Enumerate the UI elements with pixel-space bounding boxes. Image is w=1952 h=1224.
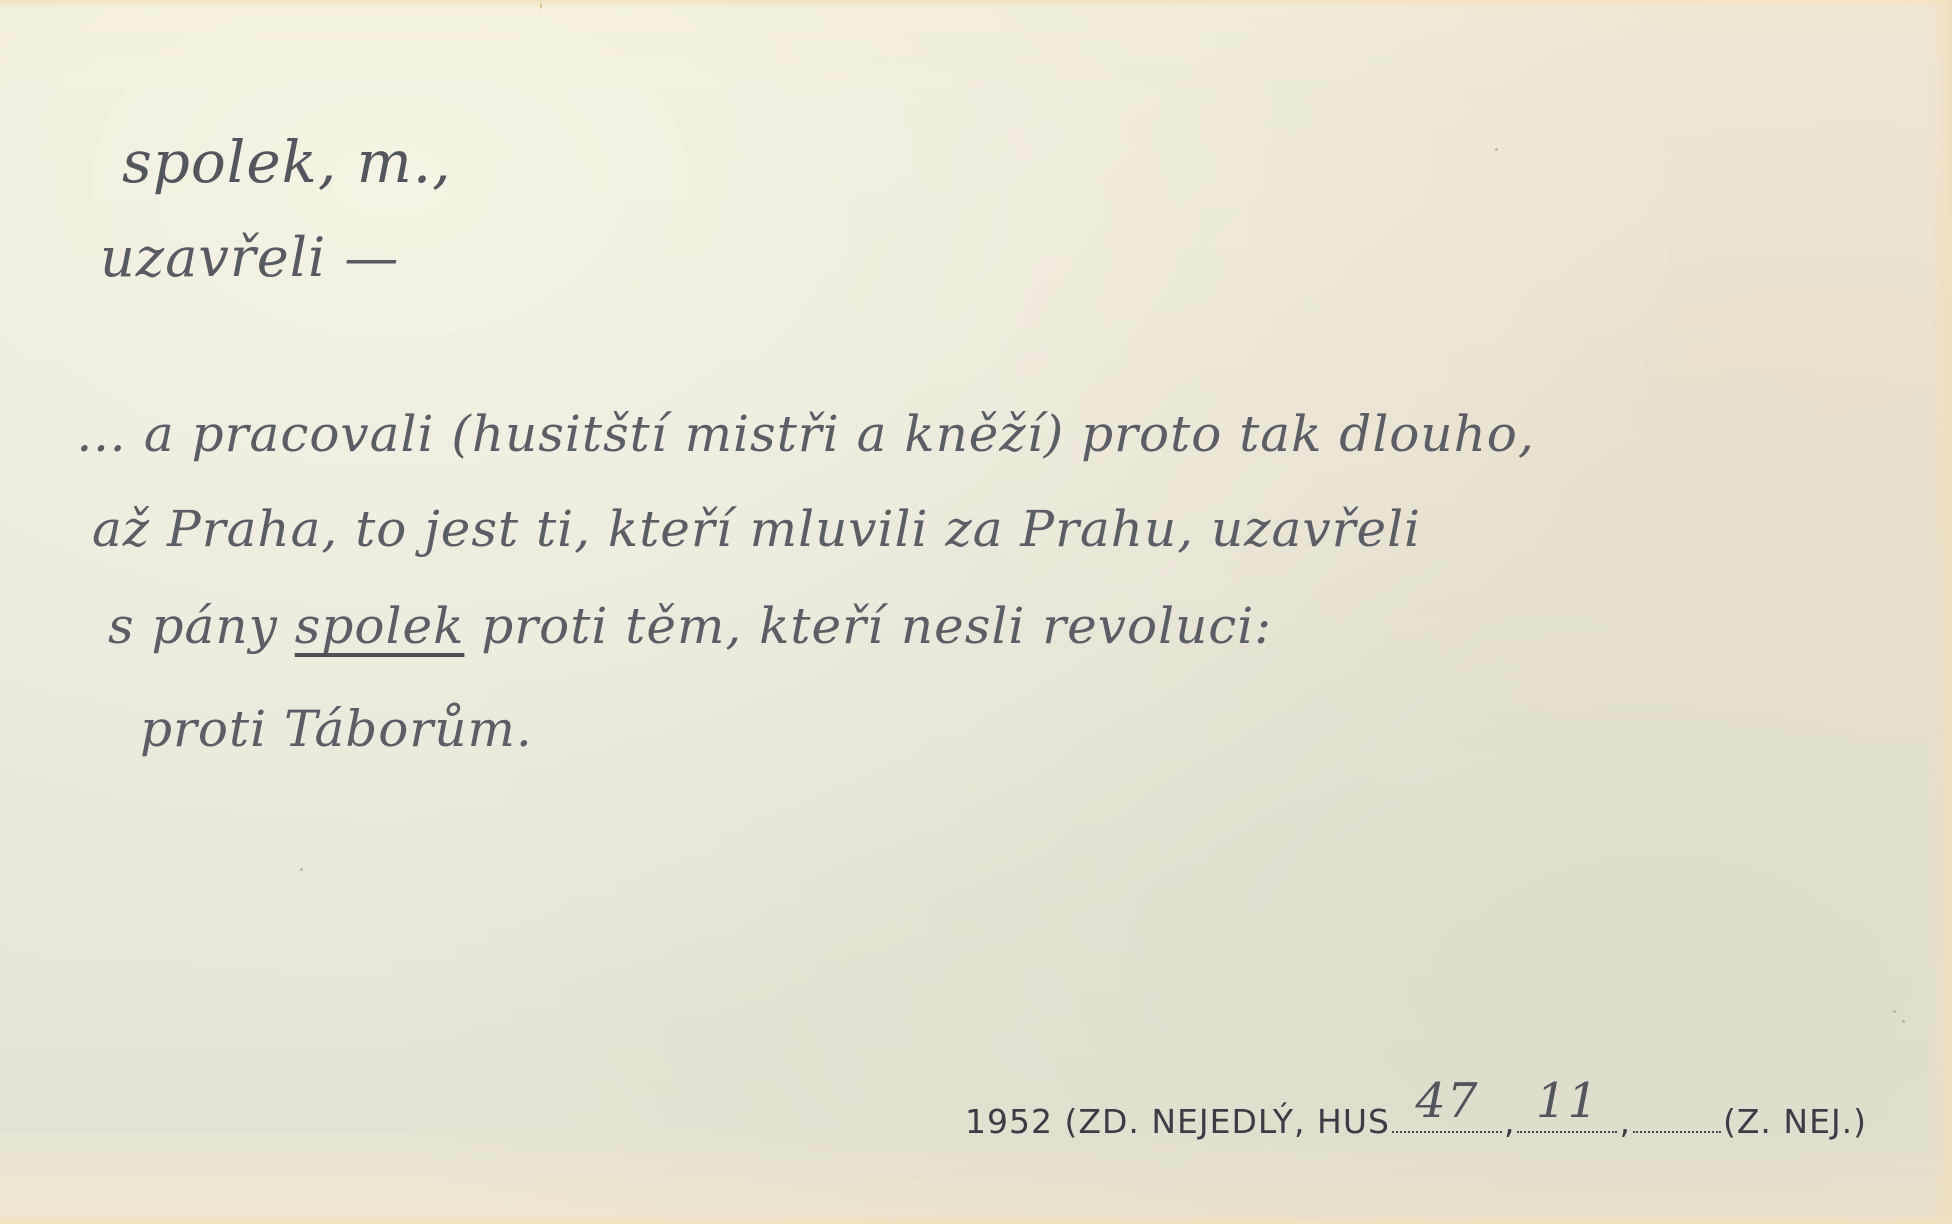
quotation-line-3-prefix: s pány (108, 597, 295, 655)
source-year: 1952 (965, 1102, 1053, 1141)
headword: spolek, m., (122, 128, 452, 196)
paper-speck (1902, 1020, 1905, 1023)
source-page-slot: 47 (1392, 1131, 1502, 1133)
underlined-headword: spolek (295, 597, 465, 655)
quotation-line-4: proti Táborům. (140, 700, 533, 758)
collocation: uzavřeli — (100, 226, 399, 289)
card-right-edge (1930, 0, 1952, 1224)
source-blank-slot (1633, 1131, 1721, 1133)
quotation-line-2: až Praha, to jest ti, kteří mluvili za P… (92, 500, 1421, 558)
quotation-line-3-suffix: proti těm, kteří nesli revoluci: (464, 597, 1272, 655)
card-top-edge (0, 0, 1952, 8)
source-line: 11 (1517, 1073, 1617, 1129)
source-stamp: 1952 (ZD. NEJEDLÝ, HUS47,11,(Z. NEJ.) (965, 1102, 1867, 1141)
paper-speck (1893, 1010, 1896, 1013)
card-bottom-edge (0, 1214, 1952, 1224)
source-author: (ZD. NEJEDLÝ, HUS (1064, 1102, 1389, 1141)
source-abbrev: (Z. NEJ.) (1723, 1102, 1867, 1141)
quotation-line-1: … a pracovali (husitští mistři a kněží) … (76, 405, 1535, 463)
excerpt-card: spolek, m., uzavřeli — … a pracovali (hu… (0, 0, 1952, 1224)
source-line-slot: 11 (1517, 1131, 1617, 1133)
paper-mark (540, 3, 542, 9)
paper-speck (1495, 148, 1498, 151)
source-page: 47 (1392, 1073, 1502, 1129)
paper-speck (300, 868, 303, 871)
quotation-line-3: s pány spolek proti těm, kteří nesli rev… (108, 597, 1272, 655)
